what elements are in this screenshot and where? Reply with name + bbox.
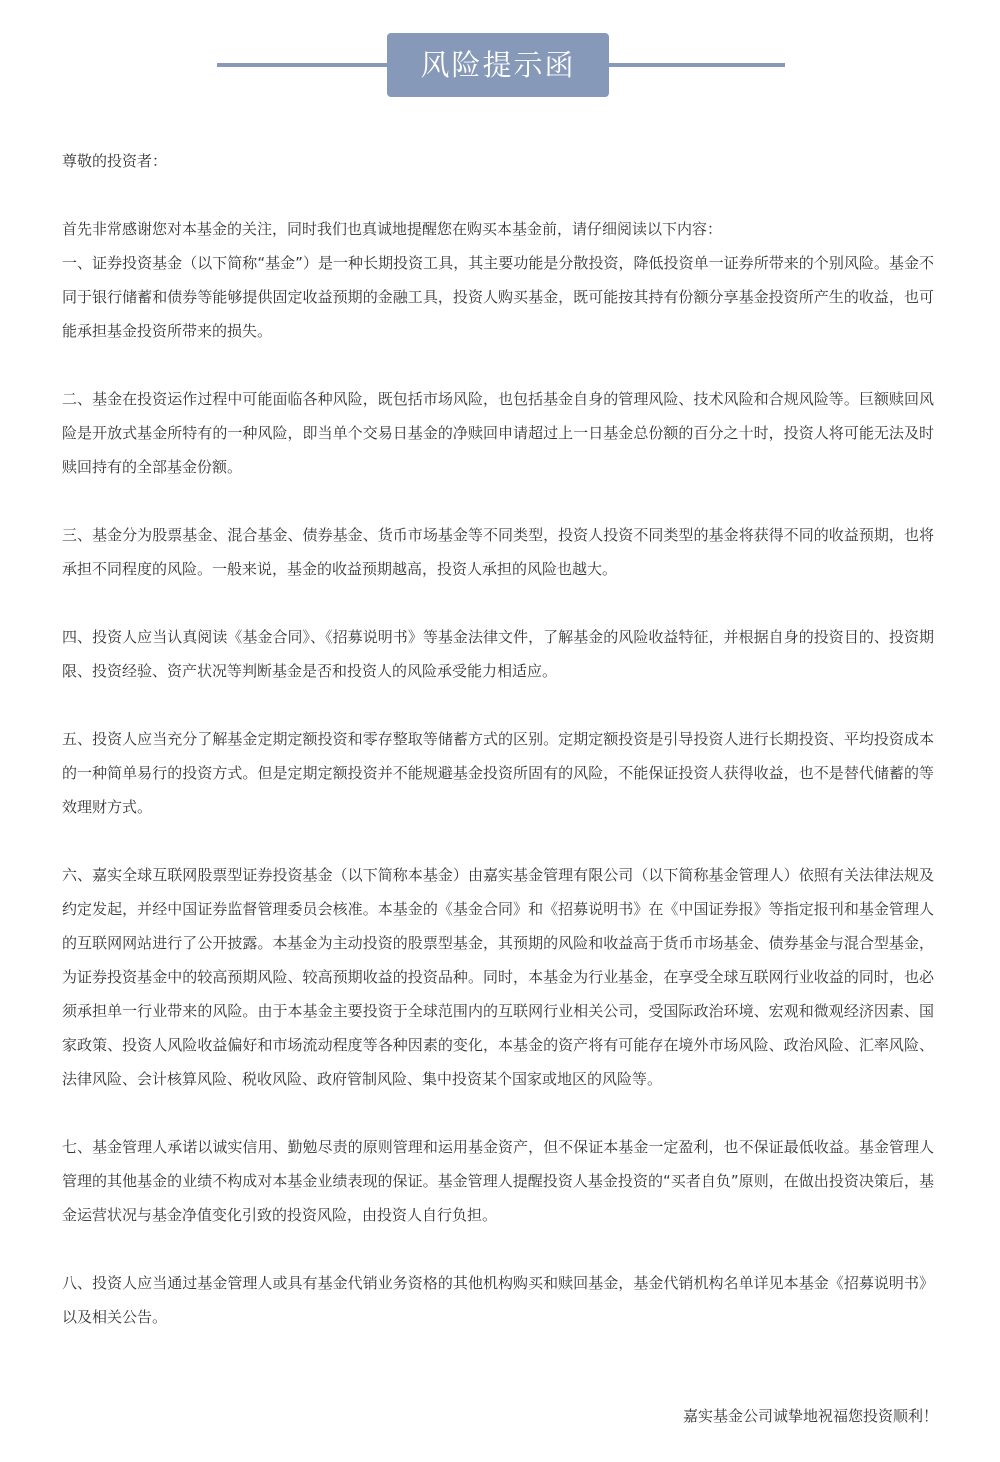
spacer [62,1232,934,1266]
letter-body: 尊敬的投资者： 首先非常感谢您对本基金的关注，同时我们也真诚地提醒您在购买本基金… [62,144,934,1334]
risk-item-2: 二、基金在投资运作过程中可能面临各种风险，既包括市场风险，也包括基金自身的管理风… [62,382,934,484]
spacer [62,586,934,620]
spacer [62,178,934,212]
header-banner: 风险提示函 [0,33,1000,97]
risk-item-8: 八、投资人应当通过基金管理人或具有基金代销业务资格的其他机构购买和赎回基金，基金… [62,1266,934,1334]
salutation: 尊敬的投资者： [62,144,934,178]
page-title: 风险提示函 [387,33,609,97]
risk-item-1: 一、证券投资基金（以下简称“基金”）是一种长期投资工具，其主要功能是分散投资，降… [62,246,934,348]
spacer [62,824,934,858]
intro-paragraph: 首先非常感谢您对本基金的关注，同时我们也真诚地提醒您在购买本基金前，请仔细阅读以… [62,212,934,246]
spacer [62,484,934,518]
spacer [62,348,934,382]
signoff: 嘉实基金公司诚挚地祝福您投资顺利！ [683,1399,938,1433]
risk-item-5: 五、投资人应当充分了解基金定期定额投资和零存整取等储蓄方式的区别。定期定额投资是… [62,722,934,824]
risk-item-3: 三、基金分为股票基金、混合基金、债券基金、货币市场基金等不同类型，投资人投资不同… [62,518,934,586]
spacer [62,688,934,722]
risk-item-6: 六、嘉实全球互联网股票型证券投资基金（以下简称本基金）由嘉实基金管理有限公司（以… [62,858,934,1096]
risk-item-4: 四、投资人应当认真阅读《基金合同》、《招募说明书》等基金法律文件，了解基金的风险… [62,620,934,688]
risk-item-7: 七、基金管理人承诺以诚实信用、勤勉尽责的原则管理和运用基金资产，但不保证本基金一… [62,1130,934,1232]
spacer [62,1096,934,1130]
